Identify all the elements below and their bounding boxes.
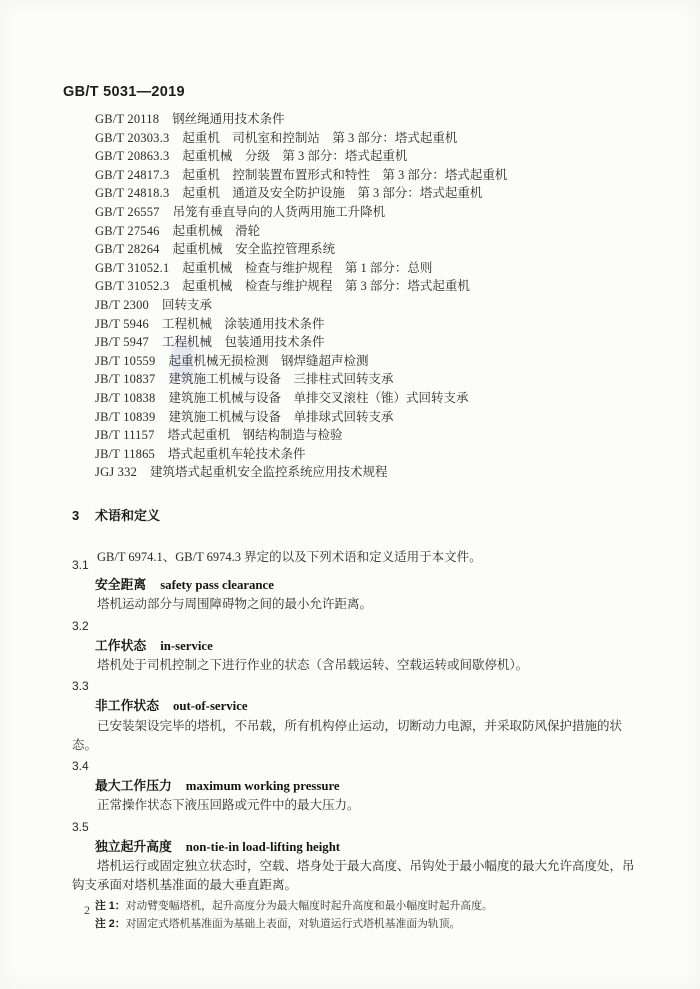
page-number: 2 — [84, 903, 90, 918]
reference-code: GB/T 24817.3 — [95, 166, 169, 185]
reference-title: 吊笼有垂直导向的人货两用施工升降机 — [173, 205, 386, 219]
term-number: 3.4 — [72, 757, 638, 776]
term-name-zh: 独立起升高度 — [95, 839, 172, 854]
references-list: GB/T 20118钢丝绳通用技术条件 GB/T 20303.3起重机 司机室和… — [95, 110, 640, 482]
reference-item: JB/T 10839建筑施工机械与设备 单排球式回转支承 — [95, 408, 640, 427]
term-name-zh: 最大工作压力 — [95, 778, 172, 793]
reference-title: 起重机械 检查与维护规程 第 1 部分：总则 — [182, 261, 432, 275]
term-name-en: non-tie-in load-lifting height — [186, 840, 340, 854]
section-title: 术语和定义 — [95, 508, 160, 523]
term-notes: 注 1：对动臂变幅塔机，起升高度分为最大幅度时起升高度和最小幅度时起升高度。 注… — [72, 897, 638, 933]
reference-title: 工程机械 涂装通用技术条件 — [162, 317, 325, 331]
reference-title: 回转支承 — [162, 298, 212, 312]
term-name-en: in-service — [160, 639, 213, 653]
reference-code: JB/T 10837 — [95, 370, 155, 389]
reference-item: JB/T 11865塔式起重机车轮技术条件 — [95, 445, 640, 464]
reference-title: 工程机械 包装通用技术条件 — [162, 335, 325, 349]
term-definition: 塔机运动部分与周围障碍物之间的最小允许距离。 — [72, 595, 638, 614]
reference-item: GB/T 24817.3起重机 控制装置布置形式和特性 第 3 部分：塔式起重机 — [95, 166, 640, 185]
reference-title: 塔式起重机车轮技术条件 — [168, 447, 306, 461]
reference-code: GB/T 28264 — [95, 240, 160, 259]
reference-title: 塔式起重机 钢结构制造与检验 — [168, 428, 343, 442]
reference-code: JB/T 10839 — [95, 408, 155, 427]
term-definition: 正常操作状态下液压回路或元件中的最大压力。 — [72, 796, 638, 815]
reference-item: JB/T 5946工程机械 涂装通用技术条件 — [95, 315, 640, 334]
term-number: 3.3 — [72, 677, 638, 696]
reference-item: GB/T 31052.3起重机械 检查与维护规程 第 3 部分：塔式起重机 — [95, 277, 640, 296]
reference-title: 起重机 控制装置布置形式和特性 第 3 部分：塔式起重机 — [182, 168, 507, 182]
terms-and-definitions: 3.1 安全距离safety pass clearance 塔机运动部分与周围障… — [72, 556, 638, 935]
term-title: 工作状态in-service — [72, 636, 638, 656]
note-text: 对动臂变幅塔机，起升高度分为最大幅度时起升高度和最小幅度时起升高度。 — [126, 900, 493, 912]
term-title: 非工作状态out-of-service — [72, 696, 638, 716]
reference-title: 起重机 司机室和控制站 第 3 部分：塔式起重机 — [182, 131, 457, 145]
term-number: 3.5 — [72, 818, 638, 837]
reference-code: GB/T 24818.3 — [95, 184, 169, 203]
term-name-zh: 工作状态 — [95, 638, 146, 653]
reference-item: GB/T 27546起重机械 滑轮 — [95, 222, 640, 241]
term-name-zh: 安全距离 — [95, 577, 146, 592]
term-title: 安全距离safety pass clearance — [72, 575, 638, 595]
reference-code: GB/T 31052.3 — [95, 277, 169, 296]
term-3-3: 3.3 非工作状态out-of-service 已安装架设完毕的塔机，不吊载，所… — [72, 677, 638, 755]
reference-title: 起重机械 滑轮 — [173, 224, 261, 238]
reference-item: GB/T 26557吊笼有垂直导向的人货两用施工升降机 — [95, 203, 640, 222]
reference-item: JB/T 11157塔式起重机 钢结构制造与检验 — [95, 426, 640, 445]
reference-code: GB/T 27546 — [95, 222, 160, 241]
reference-code: GB/T 31052.1 — [95, 259, 169, 278]
reference-title: 建筑塔式起重机安全监控系统应用技术规程 — [150, 465, 388, 479]
term-name-en: safety pass clearance — [160, 578, 274, 592]
reference-code: GB/T 20118 — [95, 110, 159, 129]
term-3-5: 3.5 独立起升高度non-tie-in load-lifting height… — [72, 818, 638, 934]
reference-item: JB/T 10838建筑施工机械与设备 单排交叉滚柱（锥）式回转支承 — [95, 389, 640, 408]
reference-item: GB/T 31052.1起重机械 检查与维护规程 第 1 部分：总则 — [95, 259, 640, 278]
reference-code: JB/T 2300 — [95, 296, 149, 315]
reference-item: JB/T 2300回转支承 — [95, 296, 640, 315]
term-name-en: out-of-service — [173, 699, 248, 713]
standard-code-header: GB/T 5031—2019 — [63, 84, 185, 100]
term-definition: 塔机运行或固定独立状态时，空载、塔身处于最大高度、吊钩处于最小幅度的最大允许高度… — [72, 857, 638, 895]
term-name-en: maximum working pressure — [186, 779, 340, 793]
reference-item: JB/T 10559起重机械无损检测 钢焊缝超声检测 — [95, 352, 640, 371]
note-label: 注 2： — [95, 918, 126, 930]
reference-item: GB/T 20303.3起重机 司机室和控制站 第 3 部分：塔式起重机 — [95, 129, 640, 148]
reference-title: 钢丝绳通用技术条件 — [172, 112, 285, 126]
term-definition: 塔机处于司机控制之下进行作业的状态（含吊载运转、空载运转或间歇停机）。 — [72, 656, 638, 675]
term-3-1: 3.1 安全距离safety pass clearance 塔机运动部分与周围障… — [72, 556, 638, 615]
reference-title: 起重机械无损检测 钢焊缝超声检测 — [168, 354, 368, 368]
reference-item: JGJ 332建筑塔式起重机安全监控系统应用技术规程 — [95, 463, 640, 482]
reference-code: JB/T 11157 — [95, 426, 155, 445]
term-title: 独立起升高度non-tie-in load-lifting height — [72, 837, 638, 857]
reference-item: GB/T 28264起重机械 安全监控管理系统 — [95, 240, 640, 259]
section-heading: 3术语和定义 — [72, 505, 160, 524]
reference-item: GB/T 20118钢丝绳通用技术条件 — [95, 110, 640, 129]
reference-code: JB/T 5947 — [95, 333, 149, 352]
note-item: 注 1：对动臂变幅塔机，起升高度分为最大幅度时起升高度和最小幅度时起升高度。 — [72, 897, 638, 915]
reference-title: 起重机械 分级 第 3 部分：塔式起重机 — [182, 149, 407, 163]
reference-code: GB/T 20863.3 — [95, 147, 169, 166]
term-3-2: 3.2 工作状态in-service 塔机处于司机控制之下进行作业的状态（含吊载… — [72, 617, 638, 676]
reference-item: JB/T 10837建筑施工机械与设备 三排柱式回转支承 — [95, 370, 640, 389]
note-text: 对固定式塔机基准面为基础上表面，对轨道运行式塔机基准面为轨顶。 — [126, 918, 461, 930]
reference-title: 建筑施工机械与设备 单排交叉滚柱（锥）式回转支承 — [168, 391, 468, 405]
reference-code: JGJ 332 — [95, 463, 137, 482]
note-item: 注 2：对固定式塔机基准面为基础上表面，对轨道运行式塔机基准面为轨顶。 — [72, 915, 638, 933]
reference-code: JB/T 10559 — [95, 352, 155, 371]
section-number: 3 — [72, 508, 95, 523]
reference-code: JB/T 11865 — [95, 445, 155, 464]
reference-code: GB/T 26557 — [95, 203, 160, 222]
term-number: 3.1 — [72, 556, 638, 575]
document-page: GB/T 5031—2019 GB/T 20118钢丝绳通用技术条件 GB/T … — [0, 0, 700, 989]
reference-title: 起重机械 安全监控管理系统 — [173, 242, 336, 256]
reference-item: JB/T 5947工程机械 包装通用技术条件 — [95, 333, 640, 352]
term-title: 最大工作压力maximum working pressure — [72, 776, 638, 796]
reference-title: 建筑施工机械与设备 三排柱式回转支承 — [168, 372, 393, 386]
reference-code: GB/T 20303.3 — [95, 129, 169, 148]
reference-title: 起重机械 检查与维护规程 第 3 部分：塔式起重机 — [182, 279, 470, 293]
reference-item: GB/T 24818.3起重机 通道及安全防护设施 第 3 部分：塔式起重机 — [95, 184, 640, 203]
term-3-4: 3.4 最大工作压力maximum working pressure 正常操作状… — [72, 757, 638, 816]
reference-item: GB/T 20863.3起重机械 分级 第 3 部分：塔式起重机 — [95, 147, 640, 166]
term-number: 3.2 — [72, 617, 638, 636]
term-definition: 已安装架设完毕的塔机，不吊载，所有机构停止运动，切断动力电源，并采取防风保护措施… — [72, 717, 638, 755]
reference-title: 建筑施工机械与设备 单排球式回转支承 — [168, 410, 393, 424]
note-label: 注 1： — [95, 900, 126, 912]
reference-code: JB/T 5946 — [95, 315, 149, 334]
reference-title: 起重机 通道及安全防护设施 第 3 部分：塔式起重机 — [182, 186, 482, 200]
term-name-zh: 非工作状态 — [95, 698, 159, 713]
reference-code: JB/T 10838 — [95, 389, 155, 408]
